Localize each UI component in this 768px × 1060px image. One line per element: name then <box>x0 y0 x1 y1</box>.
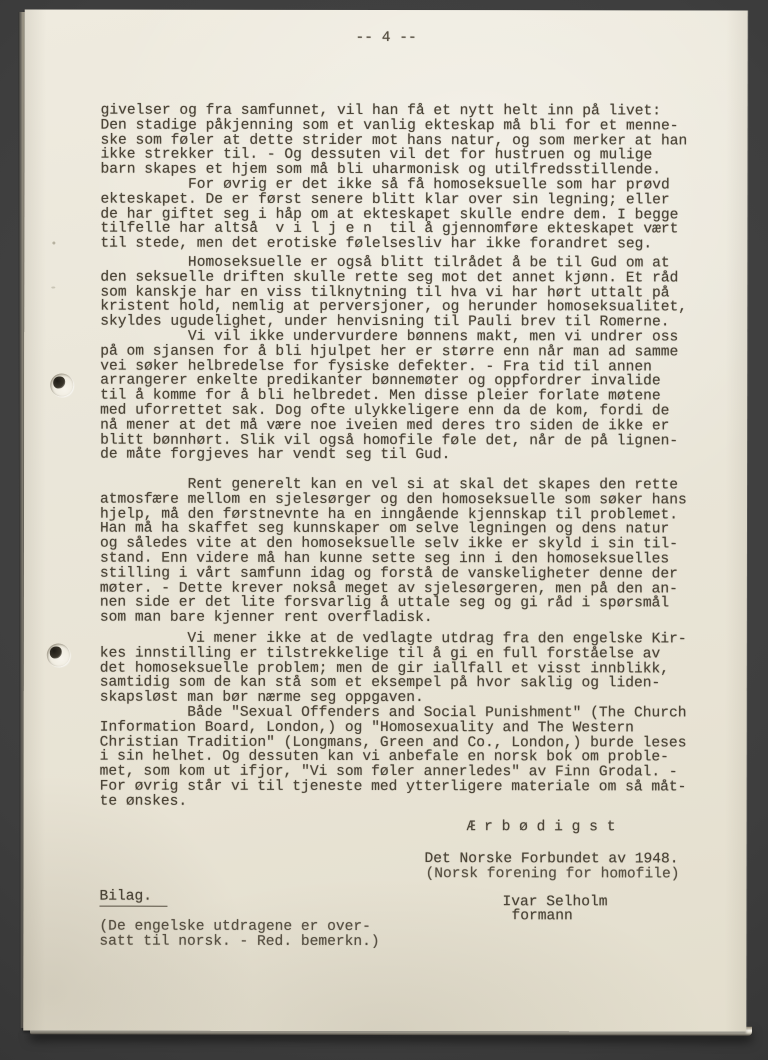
letter-paragraph-block-4: Vi mener ikke at de vedlagte utdrag fra … <box>100 632 687 810</box>
organization-name: Det Norske Forbundet av 1948. <box>425 852 679 867</box>
organization-subtitle: (Norsk forening for homofile) <box>425 867 679 882</box>
punch-hole-top <box>50 374 73 397</box>
letter-paragraph-block-2: Homoseksuelle er også blitt tilrådet å b… <box>100 256 687 464</box>
signer-title: formann <box>511 909 572 924</box>
letter-paragraph-block-1: givelser og fra samfunnet, vil han få et… <box>100 104 687 253</box>
page-number: -- 4 -- <box>25 30 748 46</box>
scanner-background: { "page": { "number_label": "-- 4 --" },… <box>0 0 768 1060</box>
paper-speck <box>51 287 55 289</box>
attachment-heading-label: Bilag. <box>99 890 167 907</box>
valediction: Æ r b ø d i g s t <box>467 820 616 835</box>
attachment-note: (De engelske utdragene er over- satt til… <box>99 920 379 950</box>
typewritten-letter-page: -- 4 -- givelser og fra samfunnet, vil h… <box>23 9 747 1031</box>
attachment-heading: Bilag. <box>99 890 167 907</box>
punch-hole-shadow <box>50 647 62 659</box>
punch-hole-shadow <box>53 377 65 389</box>
paper-speck <box>52 242 55 245</box>
punch-hole-bottom <box>47 644 70 667</box>
letter-paragraph-block-3: Rent generelt kan en vel si at skal det … <box>100 478 687 627</box>
